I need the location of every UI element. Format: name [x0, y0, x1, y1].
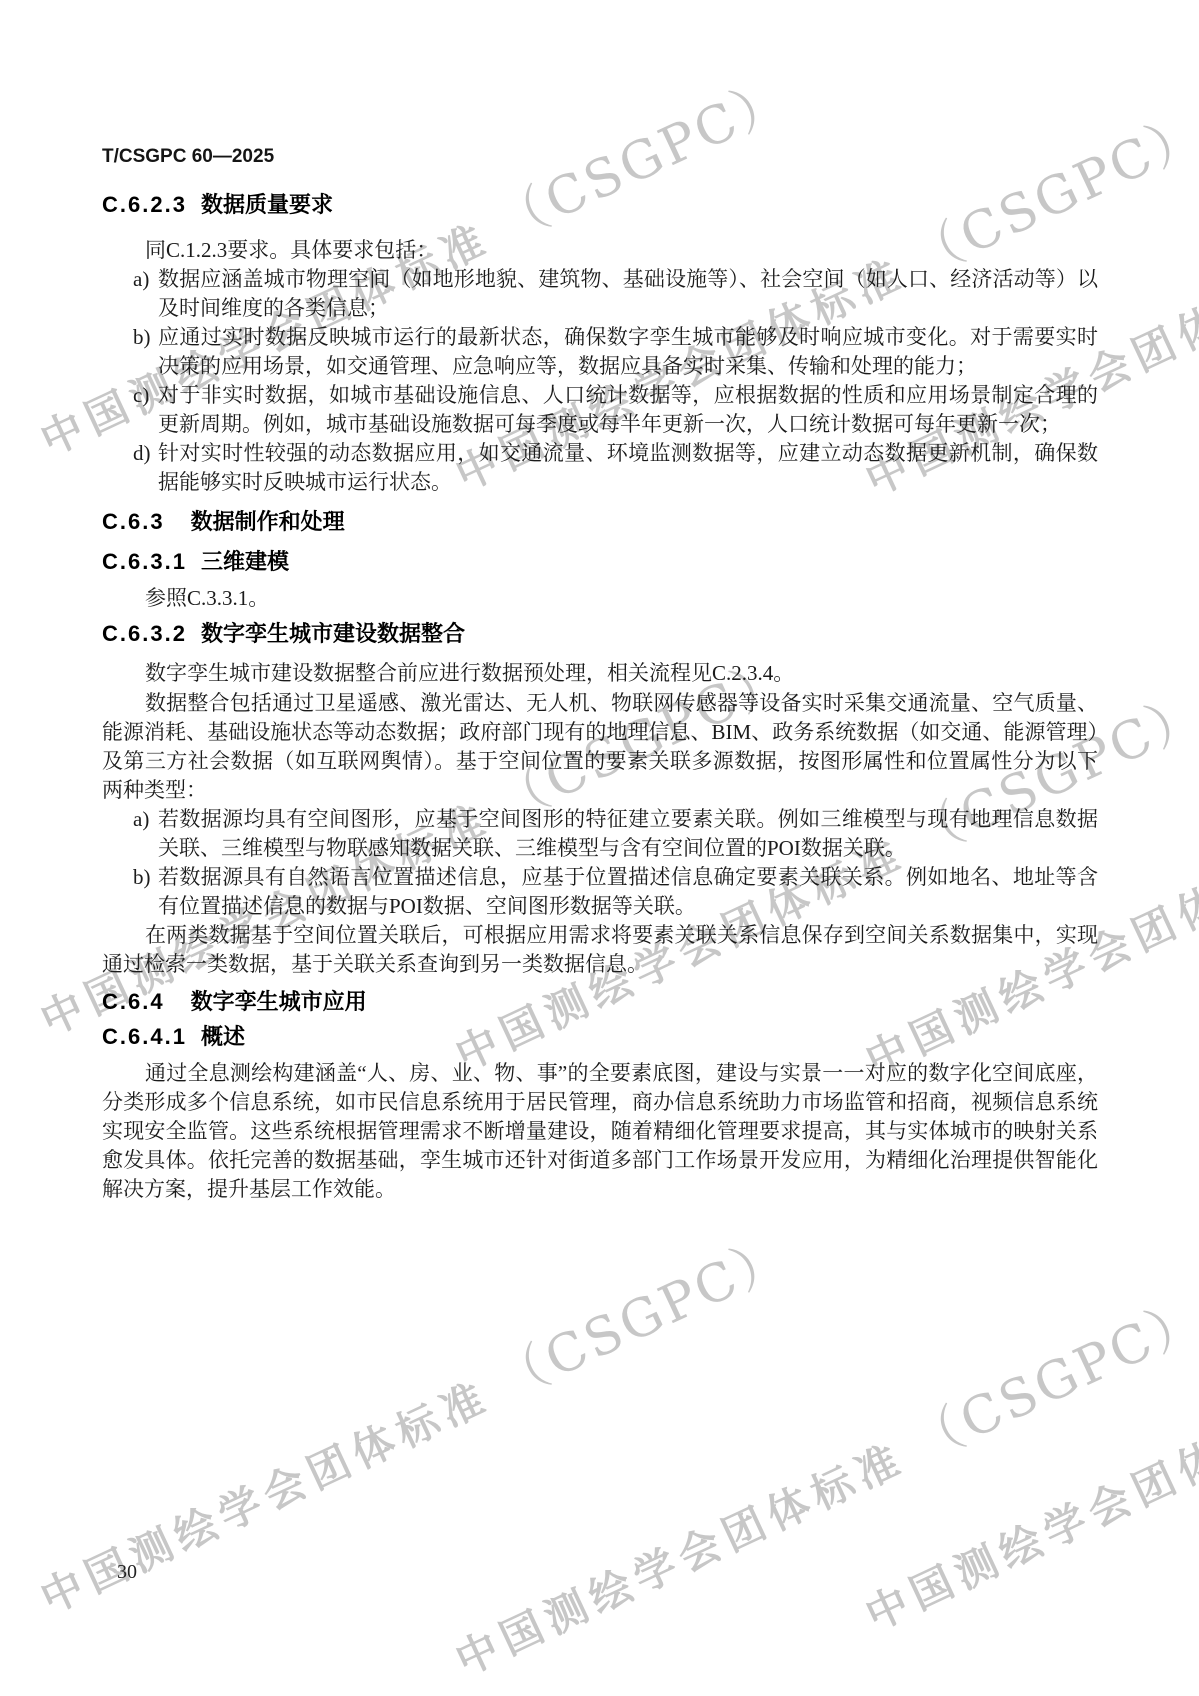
doc-code: T/CSGPC 60—2025 [102, 146, 274, 168]
list-item-quality-d: d) 针对实时性较强的动态数据应用，如交通流量、环境监测数据等，应建立动态数据更… [102, 439, 1098, 497]
heading-c-6-3: C.6.3数据制作和处理 [102, 509, 1098, 535]
list-item-quality-b: b) 应通过实时数据反映城市运行的最新状态，确保数字孪生城市能够及时响应城市变化… [102, 323, 1098, 381]
heading-c-6-3-2: C.6.3.2数字孪生城市建设数据整合 [102, 621, 1098, 647]
heading-title: 概述 [201, 1024, 245, 1049]
watermark-text-cn: 中国测绘学会团体标准 [33, 1372, 497, 1622]
heading-title: 数据制作和处理 [191, 509, 345, 534]
paragraph-overview: 通过全息测绘构建涵盖“人、房、业、物、事”的全要素底图，建设与实景一一对应的数字… [102, 1059, 1098, 1204]
list-item-quality-c: c) 对于非实时数据，如城市基础设施信息、人口统计数据等，应根据数据的性质和应用… [102, 381, 1098, 439]
list-label: b) [133, 863, 151, 892]
heading-c-6-4: C.6.4数字孪生城市应用 [102, 989, 1098, 1015]
heading-title: 数据质量要求 [201, 192, 333, 217]
document-page: 中国测绘学会团体标准（CSGPC）中国测绘学会团体标准（CSGPC）中国测绘学会… [0, 0, 1199, 1696]
paragraph-preprocess: 数字孪生城市建设数据整合前应进行数据预处理，相关流程见C.2.3.4。 [102, 659, 1098, 688]
watermark-text-en: （CSGPC） [901, 1286, 1199, 1474]
heading-title: 数字孪生城市建设数据整合 [201, 621, 465, 646]
heading-c-6-2-3: C.6.2.3数据质量要求 [102, 192, 1098, 218]
list-item-type-b: b) 若数据源具有自然语言位置描述信息，应基于位置描述信息确定要素关联关系。例如… [102, 863, 1098, 921]
watermark: 中国测绘学会团体标准（CSGPC） [849, 1230, 1199, 1645]
list-text: 若数据源具有自然语言位置描述信息，应基于位置描述信息确定要素关联关系。例如地名、… [158, 863, 1098, 921]
list-item-type-a: a) 若数据源均具有空间图形，应基于空间图形的特征建立要素关联。例如三维模型与现… [102, 805, 1098, 863]
heading-number: C.6.3.1 [102, 549, 187, 574]
heading-c-6-4-1: C.6.4.1概述 [102, 1024, 1098, 1050]
paragraph-relation: 在两类数据基于空间位置关联后，可根据应用需求将要素关联关系信息保存到空间关系数据… [102, 921, 1098, 979]
watermark-text-cn: 中国测绘学会团体标准 [858, 1389, 1199, 1639]
watermark: 中国测绘学会团体标准（CSGPC） [439, 1275, 1199, 1690]
paragraph-integration: 数据整合包括通过卫星遥感、激光雷达、无人机、物联网传感器等设备实时采集交通流量、… [102, 689, 1098, 805]
watermark-text-en: （CSGPC） [486, 1224, 798, 1412]
list-label: d) [133, 439, 151, 468]
page-number: 30 [117, 1561, 137, 1584]
list-label: c) [133, 381, 149, 410]
list-label: a) [133, 265, 149, 294]
document-body: C.6.2.3数据质量要求 同C.1.2.3要求。具体要求包括： a) 数据应涵… [102, 192, 1098, 1204]
list-label: a) [133, 805, 149, 834]
heading-number: C.6.3.2 [102, 621, 187, 646]
paragraph-intro: 同C.1.2.3要求。具体要求包括： [102, 236, 1098, 265]
list-item-quality-a: a) 数据应涵盖城市物理空间（如地形地貌、建筑物、基础设施等）、社会空间（如人口… [102, 265, 1098, 323]
heading-number: C.6.2.3 [102, 192, 187, 217]
heading-number: C.6.4.1 [102, 1024, 187, 1049]
list-text: 针对实时性较强的动态数据应用，如交通流量、环境监测数据等，应建立动态数据更新机制… [158, 439, 1098, 497]
list-text: 若数据源均具有空间图形，应基于空间图形的特征建立要素关联。例如三维模型与现有地理… [158, 805, 1098, 863]
heading-number: C.6.3 [102, 509, 165, 534]
list-text: 数据应涵盖城市物理空间（如地形地貌、建筑物、基础设施等）、社会空间（如人口、经济… [158, 265, 1098, 323]
watermark-text-cn: 中国测绘学会团体标准 [448, 1434, 912, 1684]
list-text: 应通过实时数据反映城市运行的最新状态，确保数字孪生城市能够及时响应城市变化。对于… [158, 323, 1098, 381]
heading-title: 三维建模 [201, 549, 289, 574]
heading-number: C.6.4 [102, 989, 165, 1014]
watermark: 中国测绘学会团体标准（CSGPC） [24, 1213, 800, 1628]
heading-c-6-3-1: C.6.3.1三维建模 [102, 549, 1098, 575]
paragraph-reference: 参照C.3.3.1。 [102, 584, 1098, 613]
heading-title: 数字孪生城市应用 [191, 989, 367, 1014]
list-text: 对于非实时数据，如城市基础设施信息、人口统计数据等，应根据数据的性质和应用场景制… [158, 381, 1098, 439]
list-label: b) [133, 323, 151, 352]
